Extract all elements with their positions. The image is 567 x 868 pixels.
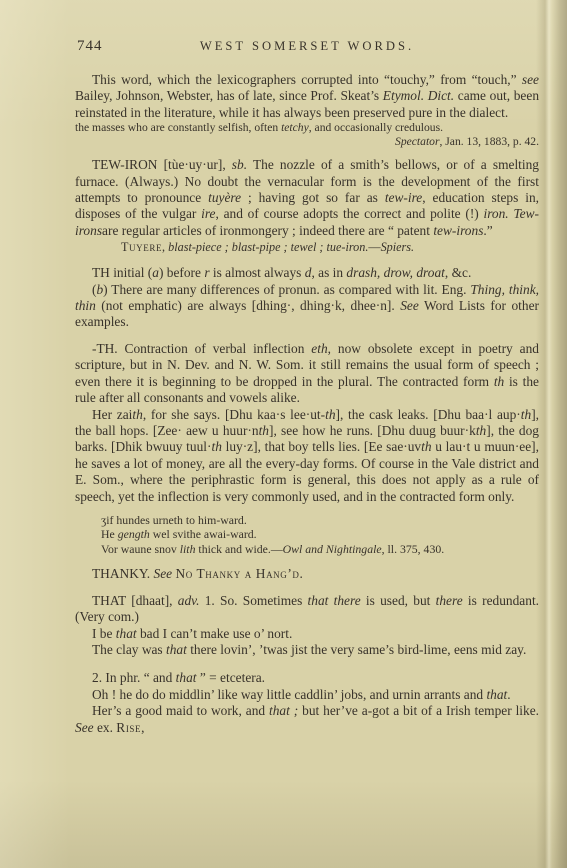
entry-th-initial-a: TH initial (a) before r is almost always… (75, 265, 539, 281)
verse-line: Vor waune snov lith thick and wide.—Owl … (101, 542, 539, 557)
entry-that-sense-1: THAT [dhaat], adv. 1. So. Sometimes that… (75, 593, 539, 626)
citation-source: Spectator, Jan. 13, 1883, p. 42. (75, 135, 539, 149)
verse-line: He gength wel svithe awai-ward. (101, 527, 539, 542)
entry-that-sense-2: 2. In phr. “ and that ” = etcetera. (75, 670, 539, 686)
intro-paragraph: This word, which the lexicographers corr… (75, 72, 539, 121)
book-page: 744 WEST SOMERSET WORDS. This word, whic… (0, 0, 567, 868)
running-title: WEST SOMERSET WORDS. (75, 36, 539, 54)
that-example-1: I be that bad I can’t make use o’ nort. (75, 626, 539, 642)
verse-line: ʒif hundes urneth to him-ward. (101, 513, 539, 528)
verse-quote: ʒif hundes urneth to him-ward. He gength… (75, 513, 539, 557)
page-content: 744 WEST SOMERSET WORDS. This word, whic… (75, 36, 539, 736)
entry-thanky: THANKY. See No Thanky a Hang’d. (75, 566, 539, 582)
that-example-3: Oh ! he do do middlin’ like way little c… (75, 687, 539, 703)
citation-quote: the masses who are constantly selfish, o… (75, 121, 539, 135)
entry-tew-iron: TEW-IRON [tùe·uy·ur], sb. The nozzle of … (75, 157, 539, 239)
entry-th-initial-b: (b) There are many differences of pronun… (75, 282, 539, 331)
that-example-4: Her’s a good maid to work, and that ; bu… (75, 703, 539, 736)
page-number: 744 (77, 38, 103, 55)
th-suffix-examples: Her zaith, for she says. [Dhu kaa·s lee·… (75, 407, 539, 505)
tuyere-reference: Tuyere, blast-piece ; blast-pipe ; tewel… (121, 240, 539, 255)
page-header: 744 WEST SOMERSET WORDS. (75, 36, 539, 56)
entry-th-suffix: -TH. Contraction of verbal inflection et… (75, 341, 539, 407)
that-example-2: The clay was that there lovin’, ’twas ji… (75, 642, 539, 658)
